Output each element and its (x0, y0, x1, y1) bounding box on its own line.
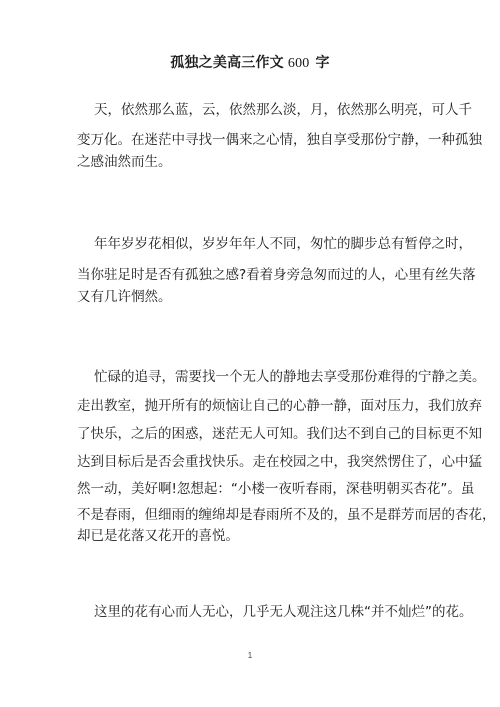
paragraph-2-line-3: 又有几许惘然。 (77, 289, 172, 305)
paragraph-1-line-3: 之感油然而生。 (77, 154, 172, 170)
title-suffix: 字 (316, 55, 330, 71)
paragraph-1-line-1: 天，依然那么蓝，云，依然那么淡，月，依然那么明亮，可人千 (94, 102, 472, 118)
paragraph-3-line-7: 却已是花落又花开的喜悦。 (77, 528, 239, 544)
paragraph-4-line-1: 这里的花有心而人无心，几乎无人观注这几株“并不灿烂”的花。 (94, 604, 473, 620)
title-number: 600 (288, 56, 310, 71)
document-title: 孤独之美高三作文600字 (0, 52, 500, 72)
paragraph-3-line-6: 不是春雨，但细雨的缠绵却是春雨所不及的，虽不是群芳而居的杏花， (77, 507, 496, 523)
paragraph-3-line-4: 达到目标后是否会重找快乐。走在校园之中，我突然愣住了，心中猛 (77, 454, 482, 470)
paragraph-3-line-3: 了快乐，之后的困惑，迷茫无人可知。我们达不到自己的目标更不知 (77, 426, 482, 442)
paragraph-2-line-1: 年年岁岁花相似，岁岁年年人不同，匆忙的脚步总有暂停之时， (94, 236, 472, 252)
paragraph-1-line-2: 变万化。在迷茫中寻找一偶来之心情，独自享受那份宁静，一种孤独 (77, 132, 482, 148)
paragraph-3-line-2: 走出教室，抛开所有的烦恼让自己的心静一静，面对压力，我们放弃 (77, 398, 482, 414)
paragraph-2-line-2: 当你驻足时是否有孤独之感?看着身旁急匆而过的人，心里有丝失落 (77, 267, 476, 283)
paragraph-3-line-5: 然一动，美好啊!忽想起：“小楼一夜听春雨，深巷明朝买杏花”。虽 (77, 481, 474, 497)
title-text: 孤独之美高三作文 (170, 55, 284, 71)
paragraph-3-line-1: 忙碌的追寻，需要找一个无人的静地去享受那份难得的宁静之美。 (94, 369, 486, 385)
page-number: 1 (0, 651, 500, 660)
